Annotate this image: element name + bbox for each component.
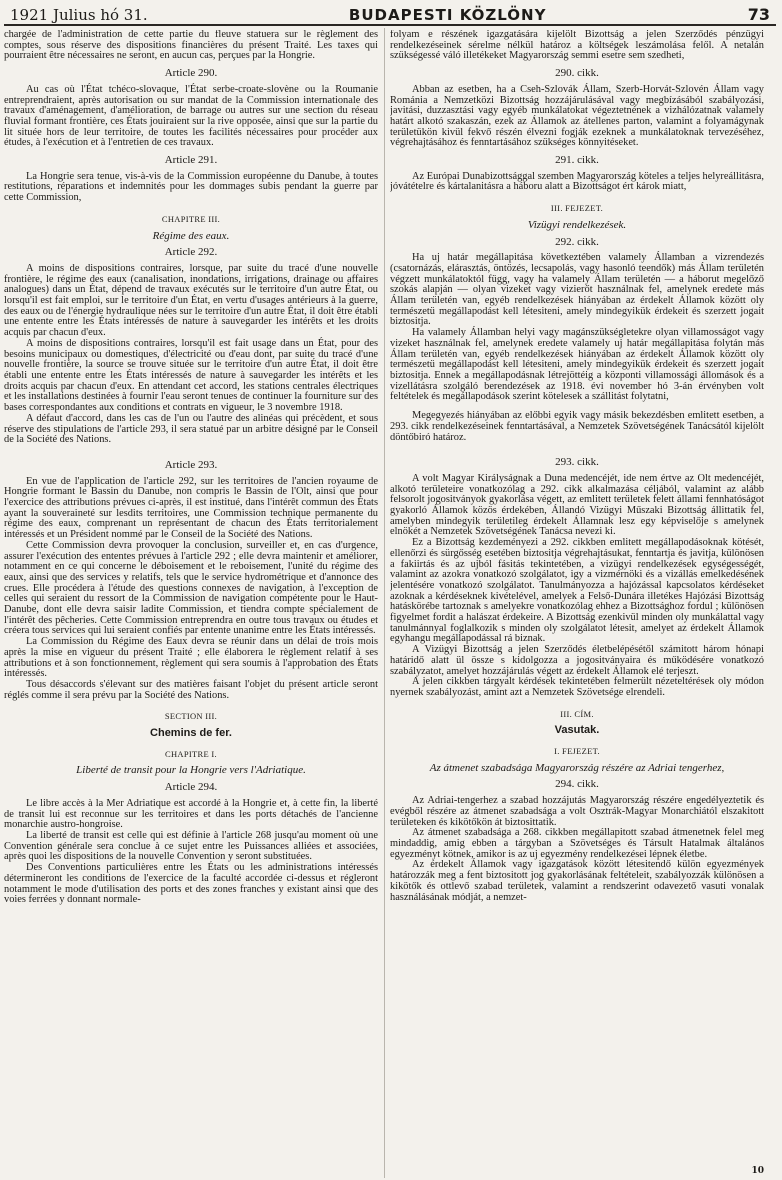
chapter-title: Régime des eaux. (4, 231, 378, 242)
paragraph: chargée de l'administration de cette par… (4, 30, 378, 62)
section-heading: SECTION III. (4, 711, 378, 722)
paragraph: La Hongrie sera tenue, vis-à-vis de la C… (4, 172, 378, 204)
article-heading: 294. cikk. (390, 779, 764, 790)
paragraph: Az Adriai-tengerhez a szabad hozzájutás … (390, 796, 764, 828)
title-part-2: KÖZLÖNY (460, 6, 547, 24)
paragraph: Ha valamely Államban helyi vagy magánszü… (390, 328, 764, 403)
paragraph: A jelen cikkben tárgyalt kérdések tekint… (390, 677, 764, 698)
paragraph: A Vizügyi Bizottság a jelen Szerződés él… (390, 645, 764, 677)
paragraph: Le libre accès à la Mer Adriatique est a… (4, 799, 378, 831)
paragraph: Au cas où l'État tchéco-slovaque, l'État… (4, 85, 378, 149)
paragraph: Abban az esetben, ha a Cseh-Szlovák Álla… (390, 85, 764, 149)
paragraph: folyam e részének igazgatására kijelölt … (390, 30, 764, 62)
page-number: 73 (748, 5, 776, 24)
issue-date: 1921 Julius hó 31. (4, 6, 148, 24)
paragraph: Az átmenet szabadsága a 268. cikkben meg… (390, 828, 764, 860)
chapter-heading: I. FEJEZET. (390, 746, 764, 757)
column-divider (384, 28, 385, 1178)
article-heading: 290. cikk. (390, 68, 764, 79)
paragraph: La liberté de transit est celle qui est … (4, 831, 378, 863)
french-column: chargée de l'administration de cette par… (4, 30, 378, 1178)
chapter-title: Vizügyi rendelkezések. (390, 220, 764, 231)
paragraph: A moins de dispositions contraires, lors… (4, 339, 378, 414)
newspaper-page: 1921 Julius hó 31. BUDAPESTI KÖZLÖNY 73 … (0, 0, 782, 1180)
article-heading: Article 291. (4, 155, 378, 166)
article-heading: Article 293. (4, 460, 378, 471)
paragraph: Cette Commission devra provoquer la conc… (4, 541, 378, 637)
paragraph: En vue de l'application de l'article 292… (4, 477, 378, 541)
title-heading: III. CÍM. (390, 709, 764, 720)
paragraph: Az érdekelt Államok vagy igazgatások köz… (390, 860, 764, 903)
chapter-heading: CHAPITRE I. (4, 749, 378, 760)
article-heading: 291. cikk. (390, 155, 764, 166)
chapter-heading: CHAPITRE III. (4, 214, 378, 225)
paragraph: Megegyezés hiányában az előbbi egyik vag… (390, 411, 764, 443)
article-heading: Article 292. (4, 247, 378, 258)
paragraph: A volt Magyar Királyságnak a Duna medenc… (390, 474, 764, 538)
paragraph: A défaut d'accord, dans les cas de l'un … (4, 414, 378, 446)
paragraph: Tous désaccords s'élevant sur des matièr… (4, 680, 378, 701)
title-part-1: BUDAPESTI (349, 6, 454, 24)
paragraph: Ez a Bizottság kezdeményezi a 292. cikkb… (390, 538, 764, 645)
chapter-heading: III. FEJEZET. (390, 203, 764, 214)
hungarian-column: folyam e részének igazgatására kijelölt … (390, 30, 764, 1178)
newspaper-title: BUDAPESTI KÖZLÖNY (349, 6, 547, 24)
article-heading: 292. cikk. (390, 237, 764, 248)
section-title: Chemins de fer. (4, 728, 378, 739)
sheet-number: 10 (751, 1166, 764, 1176)
title-name: Vasutak. (390, 725, 764, 736)
article-heading: 293. cikk. (390, 457, 764, 468)
paragraph: La Commission du Régime des Eaux devra s… (4, 637, 378, 680)
chapter-title: Az átmenet szabadsága Magyarország részé… (390, 763, 764, 774)
chapter-title: Liberté de transit pour la Hongrie vers … (4, 765, 378, 776)
paragraph: A moins de dispositions contraires, lors… (4, 264, 378, 339)
paragraph: Des Conventions particulières entre les … (4, 863, 378, 906)
masthead: 1921 Julius hó 31. BUDAPESTI KÖZLÖNY 73 (4, 2, 776, 26)
article-heading: Article 294. (4, 782, 378, 793)
paragraph: Ha uj határ megállapitása következtében … (390, 253, 764, 328)
article-heading: Article 290. (4, 68, 378, 79)
paragraph: Az Európai Dunabizottsággal szemben Magy… (390, 172, 764, 193)
